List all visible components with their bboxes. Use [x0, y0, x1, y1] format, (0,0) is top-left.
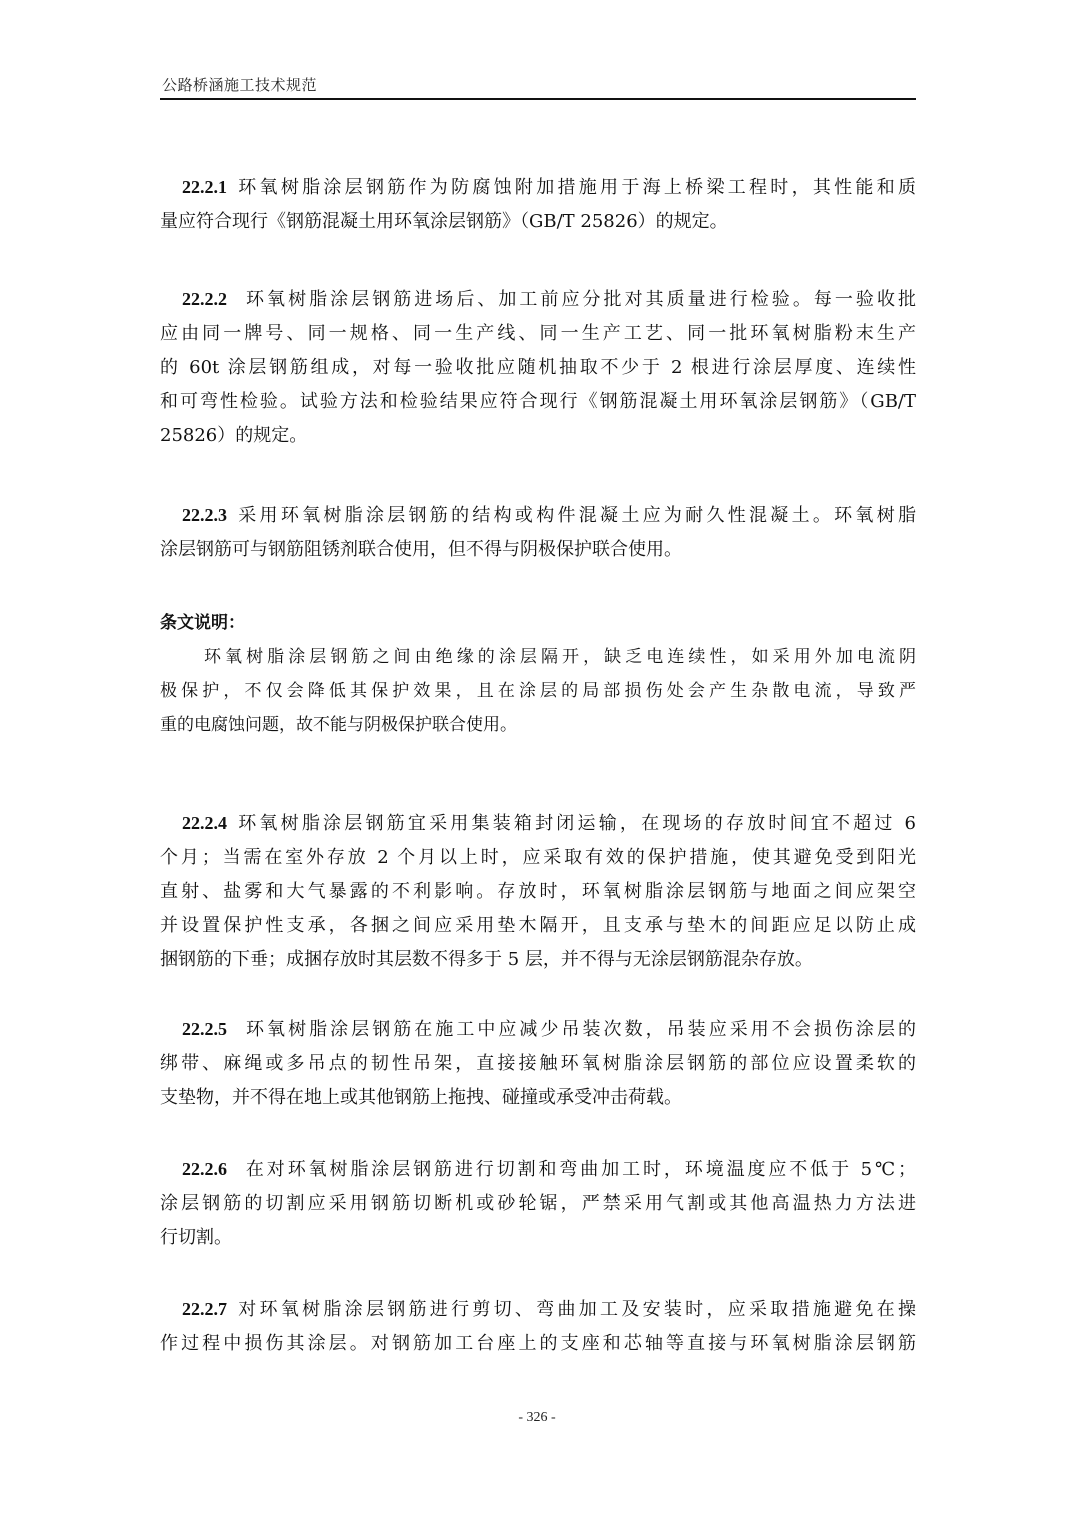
- clause-22-2-7: 22.2.7对环氧树脂涂层钢筋进行剪切、弯曲加工及安装时，应采取措施避免在操 作…: [160, 1292, 916, 1361]
- clause-text-line: 和可弯性检验。试验方法和检验结果应符合现行《钢筋混凝土用环氧涂层钢筋》（GB/T: [160, 385, 916, 419]
- clause-text-line: 环氧树脂涂层钢筋在施工中应减少吊装次数，吊装应采用不会损伤涂层的: [243, 1019, 916, 1040]
- clause-text-line: 捆钢筋的下垂；成捆存放时其层数不得多于 5 层，并不得与无涂层钢筋混杂存放。: [160, 943, 916, 977]
- explanation-title: 条文说明：: [160, 606, 916, 640]
- clause-number: 22.2.1: [182, 177, 227, 197]
- explanation-line: 环氧树脂涂层钢筋之间由绝缘的涂层隔开，缺乏电连续性，如采用外加电流阴: [160, 640, 916, 674]
- header-rule: [160, 98, 916, 100]
- clause-22-2-4: 22.2.4环氧树脂涂层钢筋宜采用集装箱封闭运输，在现场的存放时间宜不超过 6 …: [160, 806, 916, 977]
- clause-text-line: 涂层钢筋可与钢筋阻锈剂联合使用，但不得与阴极保护联合使用。: [160, 533, 916, 567]
- clause-text-line: 涂层钢筋的切割应采用钢筋切断机或砂轮锯，严禁采用气割或其他高温热力方法进: [160, 1187, 916, 1221]
- clause-text-line: 并设置保护性支承，各捆之间应采用垫木隔开，且支承与垫木的间距应足以防止成: [160, 909, 916, 943]
- clause-text-line: 在对环氧树脂涂层钢筋进行切割和弯曲加工时，环境温度应不低于 5℃；: [243, 1159, 916, 1180]
- clause-text-line: 环氧树脂涂层钢筋作为防腐蚀附加措施用于海上桥梁工程时，其性能和质: [235, 177, 916, 198]
- explanation-body: 环氧树脂涂层钢筋之间由绝缘的涂层隔开，缺乏电连续性，如采用外加电流阴 极保护，不…: [160, 640, 916, 742]
- clause-text-line: 行切割。: [160, 1221, 916, 1255]
- explanation-line: 极保护，不仅会降低其保护效果，且在涂层的局部损伤处会产生杂散电流，导致严: [160, 674, 916, 708]
- page-number: - 326 -: [0, 1410, 1074, 1426]
- clause-text-line: 25826）的规定。: [160, 419, 916, 453]
- clause-22-2-1: 22.2.1环氧树脂涂层钢筋作为防腐蚀附加措施用于海上桥梁工程时，其性能和质 量…: [160, 170, 916, 239]
- clause-number: 22.2.6: [182, 1159, 227, 1179]
- clause-22-2-6: 22.2.6在对环氧树脂涂层钢筋进行切割和弯曲加工时，环境温度应不低于 5℃； …: [160, 1152, 916, 1255]
- clause-text-line: 应由同一牌号、同一规格、同一生产线、同一生产工艺、同一批环氧树脂粉末生产: [160, 317, 916, 351]
- document-title: 公路桥涵施工技术规范: [162, 74, 916, 95]
- clause-number: 22.2.2: [182, 289, 227, 309]
- clause-text-line: 环氧树脂涂层钢筋进场后、加工前应分批对其质量进行检验。每一验收批: [243, 289, 916, 310]
- clause-text-line: 环氧树脂涂层钢筋宜采用集装箱封闭运输，在现场的存放时间宜不超过 6: [235, 813, 916, 834]
- clause-text-line: 作过程中损伤其涂层。对钢筋加工台座上的支座和芯轴等直接与环氧树脂涂层钢筋: [160, 1327, 916, 1361]
- running-header: 公路桥涵施工技术规范: [160, 74, 916, 95]
- clause-text-line: 对环氧树脂涂层钢筋进行剪切、弯曲加工及安装时，应采取措施避免在操: [235, 1299, 916, 1320]
- clause-text-line: 量应符合现行《钢筋混凝土用环氧涂层钢筋》（GB/T 25826）的规定。: [160, 205, 916, 239]
- clause-text-line: 的 60t 涂层钢筋组成，对每一验收批应随机抽取不少于 2 根进行涂层厚度、连续…: [160, 351, 916, 385]
- clause-22-2-5: 22.2.5环氧树脂涂层钢筋在施工中应减少吊装次数，吊装应采用不会损伤涂层的 绑…: [160, 1012, 916, 1115]
- clause-number: 22.2.5: [182, 1019, 227, 1039]
- clause-text-line: 个月；当需在室外存放 2 个月以上时，应采取有效的保护措施，使其避免受到阳光: [160, 841, 916, 875]
- clause-number: 22.2.3: [182, 505, 227, 525]
- clause-text-line: 采用环氧树脂涂层钢筋的结构或构件混凝土应为耐久性混凝土。环氧树脂: [235, 505, 916, 526]
- explanation-line: 重的电腐蚀问题，故不能与阴极保护联合使用。: [160, 708, 916, 742]
- clause-22-2-2: 22.2.2环氧树脂涂层钢筋进场后、加工前应分批对其质量进行检验。每一验收批 应…: [160, 282, 916, 453]
- clause-text-line: 直射、盐雾和大气暴露的不利影响。存放时，环氧树脂涂层钢筋与地面之间应架空: [160, 875, 916, 909]
- clause-22-2-3: 22.2.3采用环氧树脂涂层钢筋的结构或构件混凝土应为耐久性混凝土。环氧树脂 涂…: [160, 498, 916, 567]
- clause-explanation: 条文说明： 环氧树脂涂层钢筋之间由绝缘的涂层隔开，缺乏电连续性，如采用外加电流阴…: [160, 606, 916, 742]
- clause-text-line: 支垫物，并不得在地上或其他钢筋上拖拽、碰撞或承受冲击荷载。: [160, 1081, 916, 1115]
- clause-number: 22.2.7: [182, 1299, 227, 1319]
- clause-text-line: 绑带、麻绳或多吊点的韧性吊架，直接接触环氧树脂涂层钢筋的部位应设置柔软的: [160, 1047, 916, 1081]
- clause-number: 22.2.4: [182, 813, 227, 833]
